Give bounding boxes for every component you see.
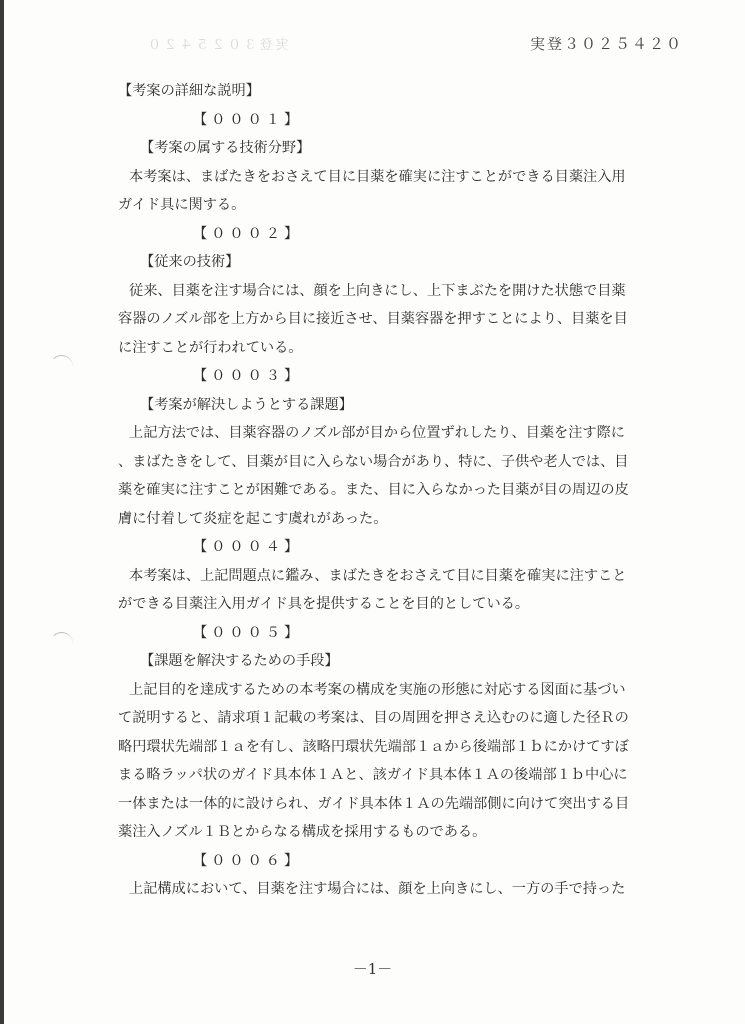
- body-text-line: 容器のノズル部を上方から目に接近させ、目薬容器を押すことにより、目薬を目: [118, 305, 663, 334]
- body-text-line: 一体または一体的に設けられ、ガイド具本体１Ａの先端部側に向けて突出する目: [118, 790, 663, 819]
- body-text-line: 、まばたきをして、目薬が目に入らない場合があり、特に、子供や老人では、目: [118, 448, 663, 477]
- subsection-heading: 【考案の属する技術分野】: [118, 134, 663, 163]
- paragraph-number: 【０００５】: [118, 619, 663, 648]
- paragraph-number: 【０００２】: [118, 220, 663, 249]
- body-text-line: 上記構成において、目薬を注す場合には、顔を上向きにし、一方の手で持った: [118, 875, 663, 904]
- subsection-heading: 【従来の技術】: [118, 248, 663, 277]
- document-body: 【考案の詳細な説明】 【０００１】 【考案の属する技術分野】 本考案は、まばたき…: [118, 77, 663, 904]
- scan-left-edge: [0, 0, 4, 1024]
- body-text-line: ガイド具に関する。: [118, 191, 663, 220]
- section-heading: 【考案の詳細な説明】: [118, 77, 663, 106]
- body-text-line: 上記方法では、目薬容器のノズル部が目から位置ずれしたり、目薬を注す際に: [118, 419, 663, 448]
- body-text-line: 従来、目薬を注す場合には、顔を上向きにし、上下まぶたを開けた状態で目薬: [118, 277, 663, 306]
- page-number: －1－: [0, 958, 745, 979]
- body-text-line: 略円環状先端部１ａを有し、該略円環状先端部１ａから後端部１ｂにかけてすぼ: [118, 733, 663, 762]
- document-number: 実登３０２５４２０: [530, 33, 683, 54]
- body-text-line: て説明すると、請求項１記載の考案は、目の周囲を押さえ込むのに適した径Ｒの: [118, 704, 663, 733]
- bleed-through-doc-number: 実登３０２５４２０: [145, 34, 289, 53]
- body-text-line: ができる目薬注入用ガイド具を提供することを目的としている。: [118, 590, 663, 619]
- body-text-line: 上記目的を達成するための本考案の構成を実施の形態に対応する図面に基づい: [118, 676, 663, 705]
- punch-hole-mark: [50, 632, 73, 655]
- body-text-line: に注すことが行われている。: [118, 334, 663, 363]
- paragraph-number: 【０００１】: [118, 106, 663, 135]
- paragraph-number: 【０００６】: [118, 847, 663, 876]
- body-text-line: 薬注入ノズル１Ｂとからなる構成を採用するものである。: [118, 818, 663, 847]
- subsection-heading: 【考案が解決しようとする課題】: [118, 391, 663, 420]
- punch-hole-mark: [50, 355, 73, 378]
- body-text-line: 本考案は、まばたきをおさえて目に目薬を確実に注すことができる目薬注入用: [118, 163, 663, 192]
- body-text-line: 膚に付着して炎症を起こす虞れがあった。: [118, 505, 663, 534]
- subsection-heading: 【課題を解決するための手段】: [118, 647, 663, 676]
- body-text-line: 薬を確実に注すことが困難である。また、目に入らなかった目薬が目の周辺の皮: [118, 476, 663, 505]
- paragraph-number: 【０００４】: [118, 533, 663, 562]
- body-text-line: まる略ラッパ状のガイド具本体１Ａと、該ガイド具本体１Ａの後端部１ｂ中心に: [118, 761, 663, 790]
- paragraph-number: 【０００３】: [118, 362, 663, 391]
- body-text-line: 本考案は、上記問題点に鑑み、まばたきをおさえて目に目薬を確実に注すこと: [118, 562, 663, 591]
